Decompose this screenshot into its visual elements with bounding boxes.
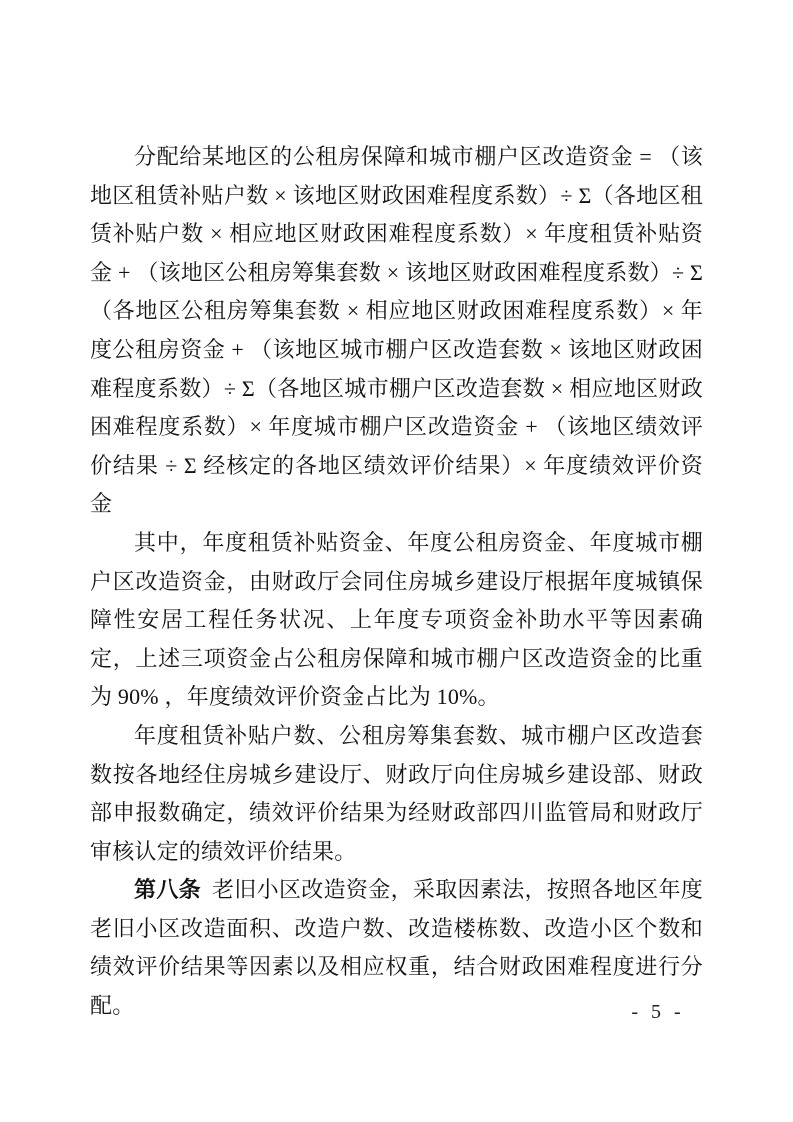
paragraph-text: 年度租赁补贴户数、公租房筹集套数、城市棚户区改造套数按各地经住房城乡建设厅、财政… [90, 723, 703, 864]
paragraph-text: 分配给某地区的公租房保障和城市棚户区改造资金 = （该地区租赁补贴户数 × 该地… [90, 144, 703, 516]
paragraph-allocation-formula: 分配给某地区的公租房保障和城市棚户区改造资金 = （该地区租赁补贴户数 × 该地… [90, 138, 703, 524]
page-number: - 5 - [613, 1001, 703, 1024]
article-number-label: 第八条 [134, 877, 201, 902]
document-body: 分配给某地区的公租房保障和城市棚户区改造资金 = （该地区租赁补贴户数 × 该地… [90, 138, 703, 1026]
paragraph-text: 其中，年度租赁补贴资金、年度公租房资金、年度城市棚户区改造资金，由财政厅会同住房… [90, 530, 703, 709]
paragraph-article-8: 第八条老旧小区改造资金，采取因素法，按照各地区年度老旧小区改造面积、改造户数、改… [90, 871, 703, 1025]
paragraph-funds-proportion: 其中，年度租赁补贴资金、年度公租房资金、年度城市棚户区改造资金，由财政厅会同住房… [90, 524, 703, 717]
document-page: 分配给某地区的公租房保障和城市棚户区改造资金 = （该地区租赁补贴户数 × 该地… [0, 0, 793, 1122]
paragraph-reporting-basis: 年度租赁补贴户数、公租房筹集套数、城市棚户区改造套数按各地经住房城乡建设厅、财政… [90, 717, 703, 871]
